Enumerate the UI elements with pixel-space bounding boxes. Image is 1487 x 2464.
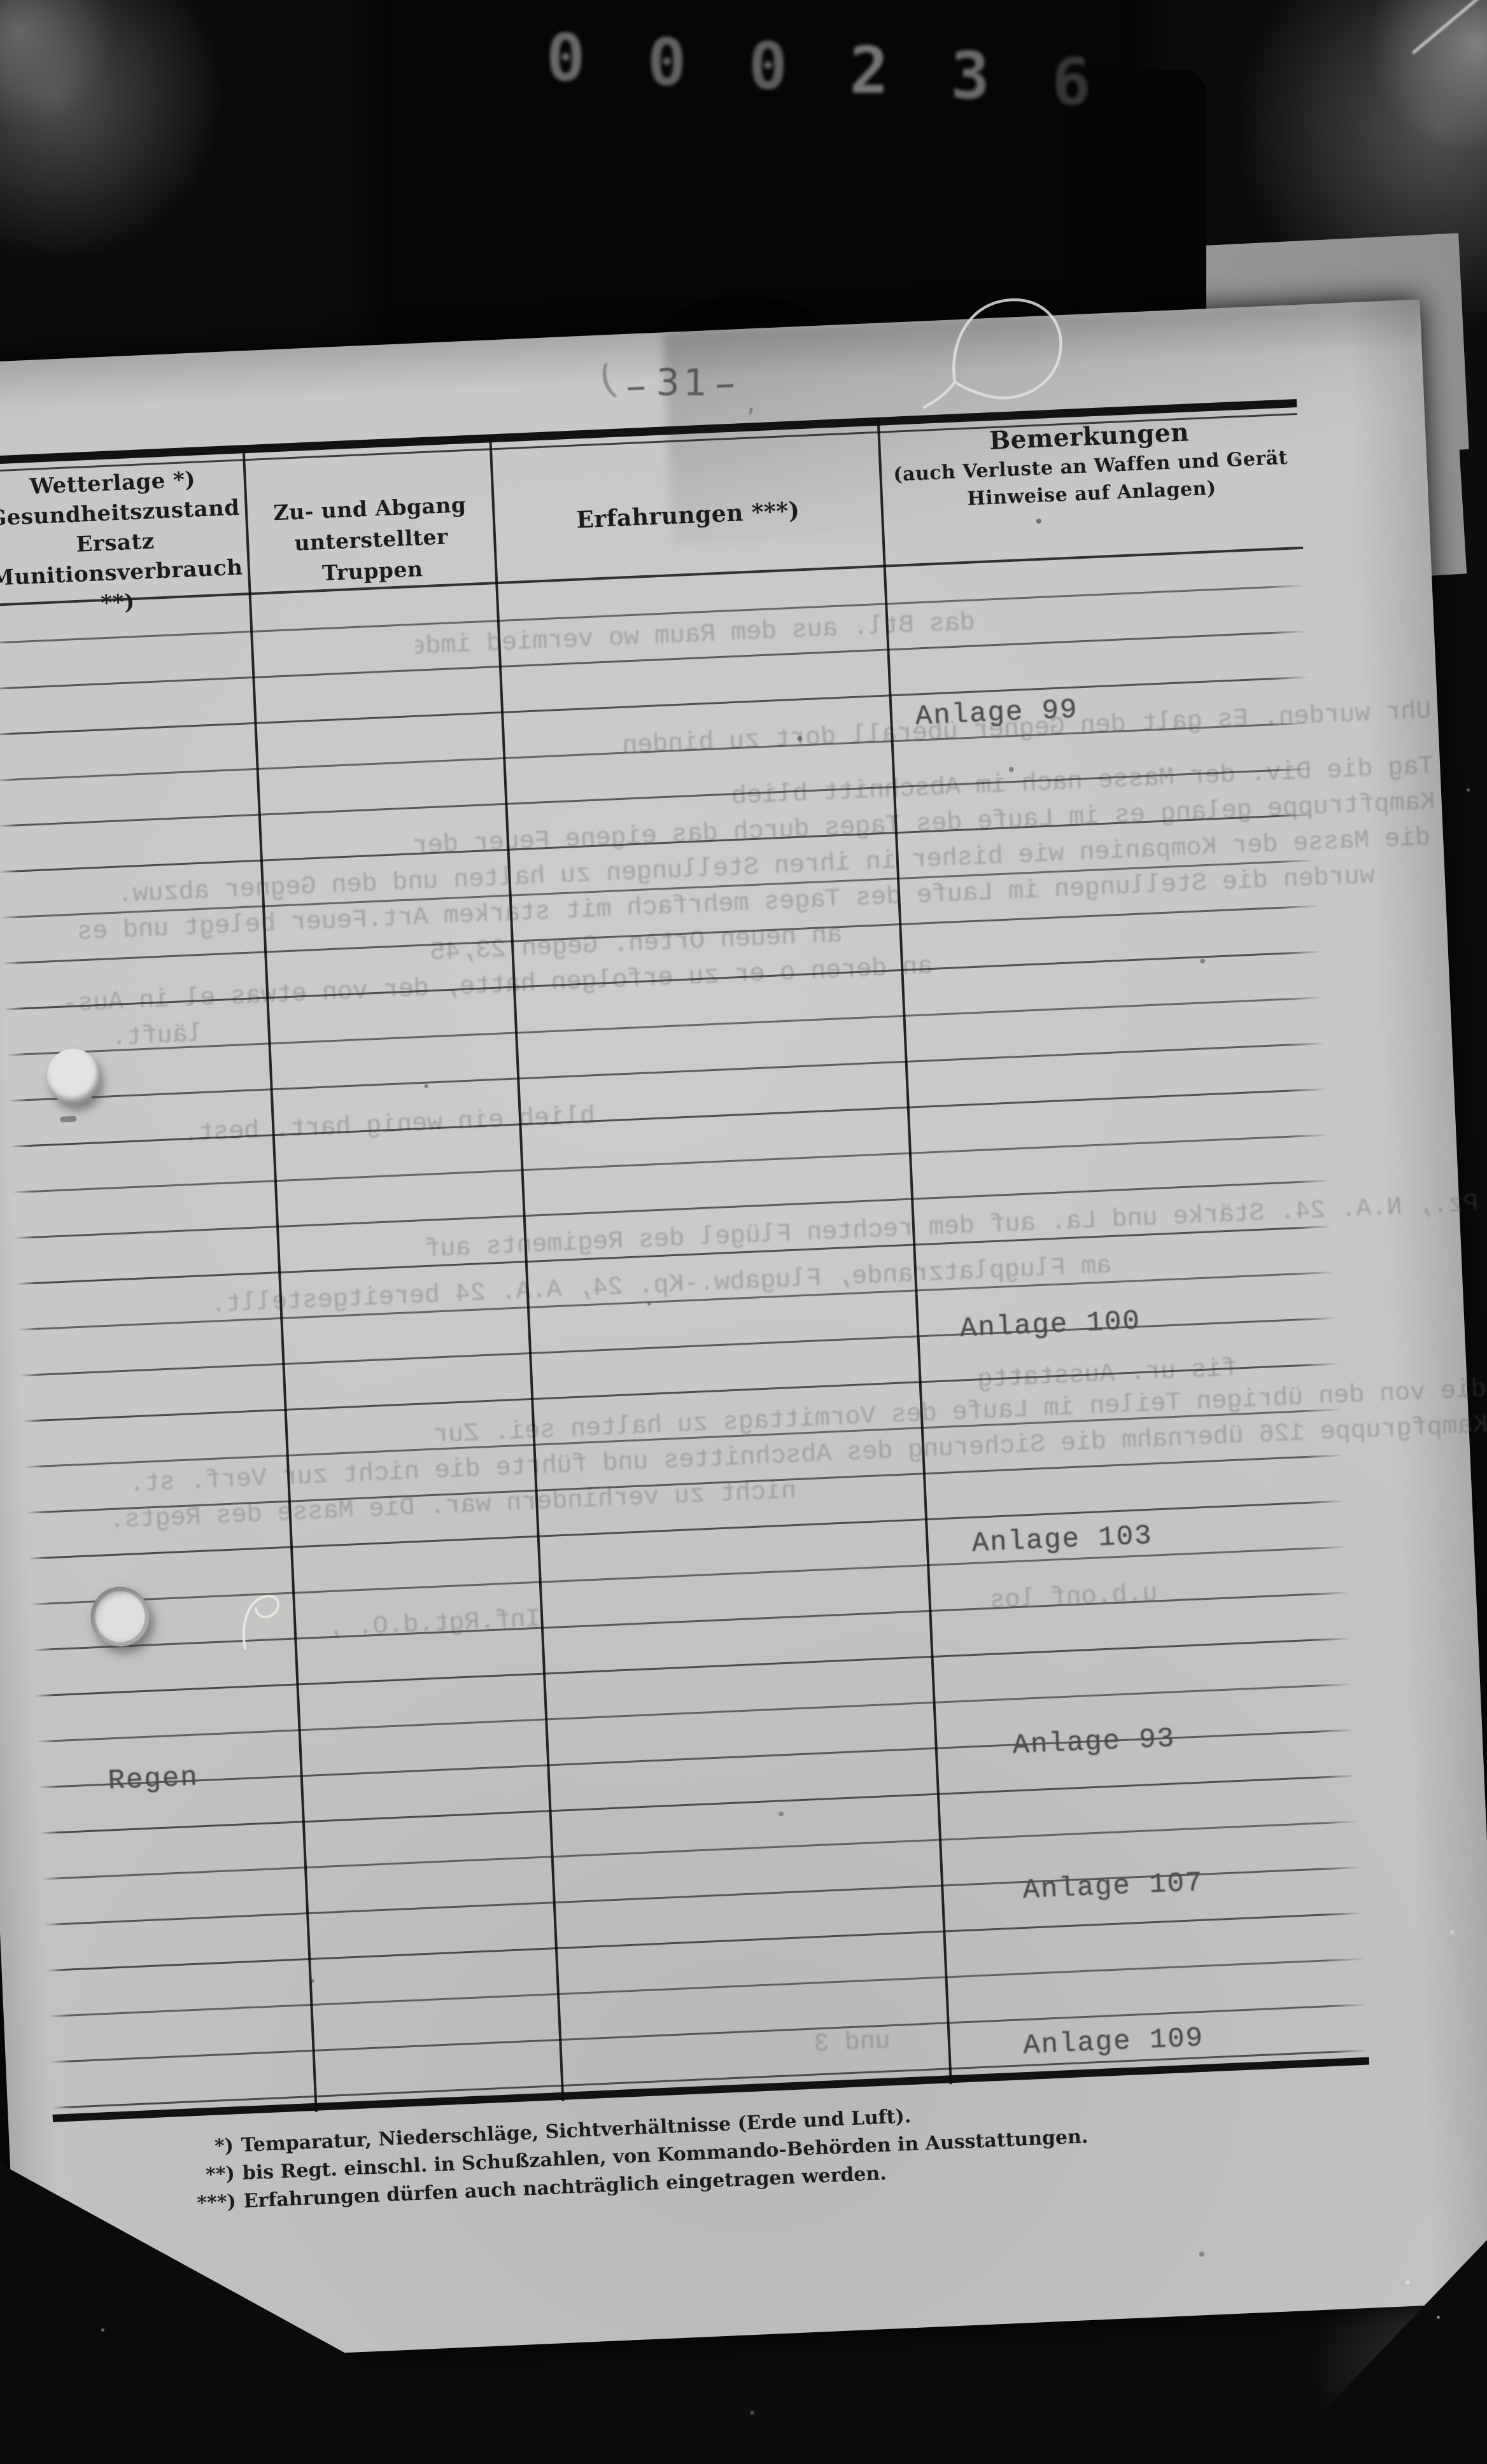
counter-digit: 6 [1052,45,1102,120]
pencil-dash: – [714,360,736,408]
column-divider-2 [489,435,564,2101]
pencil-stray-mark: ( [594,355,622,404]
entry-anlage-103: Anlage 103 [971,1520,1153,1560]
bleedthrough-line: Pz., N.A. 24. Stärke und La. auf dem rec… [397,1190,1479,1268]
footnote-marker: ***) [164,2190,244,2216]
bleedthrough-line: u.b.onf los [992,1579,1159,1617]
entry-anlage-109: Anlage 109 [1022,2022,1204,2062]
pencil-dash: – [624,363,647,410]
column-header-bemerkungen: Bemerkungen (auch Verluste an Waffen und… [880,412,1300,516]
header-line: unterstellter Truppen [248,519,495,592]
page-number: ( – 31 – , [594,344,814,430]
entry-regen: Regen [108,1761,199,1797]
ruled-line [4,951,1321,1010]
document-page: ( – 31 – , das Btl. aus dem Raum wo verm… [0,299,1487,2367]
frame-counter: 0 0 0 2 3 6 [546,19,1103,95]
column-header-zugang: Zu- und Abgang unterstellter Truppen [247,487,495,592]
column-divider-1 [242,446,317,2112]
bleedthrough-line: am Flugplatzrande, Flugabw.-Kp. 24, A.A.… [68,1252,1113,1327]
page-number-value: 31 [656,361,710,405]
counter-digit: 3 [950,38,1001,114]
entry-anlage-93: Anlage 93 [1012,1723,1176,1761]
footnote-marker: **) [163,2162,243,2188]
column-header-wetterlage: Wetterlage *) Gesundheitszustand Ersatz … [0,463,250,624]
bleedthrough-line: blieb ein wenig hart. best. [188,1102,596,1151]
ruled-line [8,1042,1325,1102]
microfilm-frame: 0 0 0 2 3 6 ( – 31 – , das Btl. aus dem … [0,0,1487,2464]
counter-digit: 0 [647,25,698,101]
counter-digit: 2 [850,33,900,109]
counter-digit: 0 [749,29,799,104]
bleedthrough-line: und 3 [750,2027,891,2064]
footnote-marker: *) [162,2134,241,2160]
ruled-line [40,1775,1357,1834]
ruled-line [52,2050,1369,2109]
header-line: Munitionsverbrauch **) [0,552,250,624]
ruled-line [46,1912,1363,1971]
entry-anlage-107: Anlage 107 [1022,1867,1204,1907]
pencil-comma-mark: , [745,386,756,419]
table-bottom-rule [53,2057,1370,2122]
column-divider-3 [877,419,952,2085]
dust-specks [0,0,2,2]
ruled-line [48,1958,1365,2017]
counter-digit: 0 [546,20,596,96]
entry-anlage-100: Anlage 100 [959,1305,1141,1345]
punch-hole-shadow [60,1116,76,1123]
ruled-line [10,1088,1327,1147]
